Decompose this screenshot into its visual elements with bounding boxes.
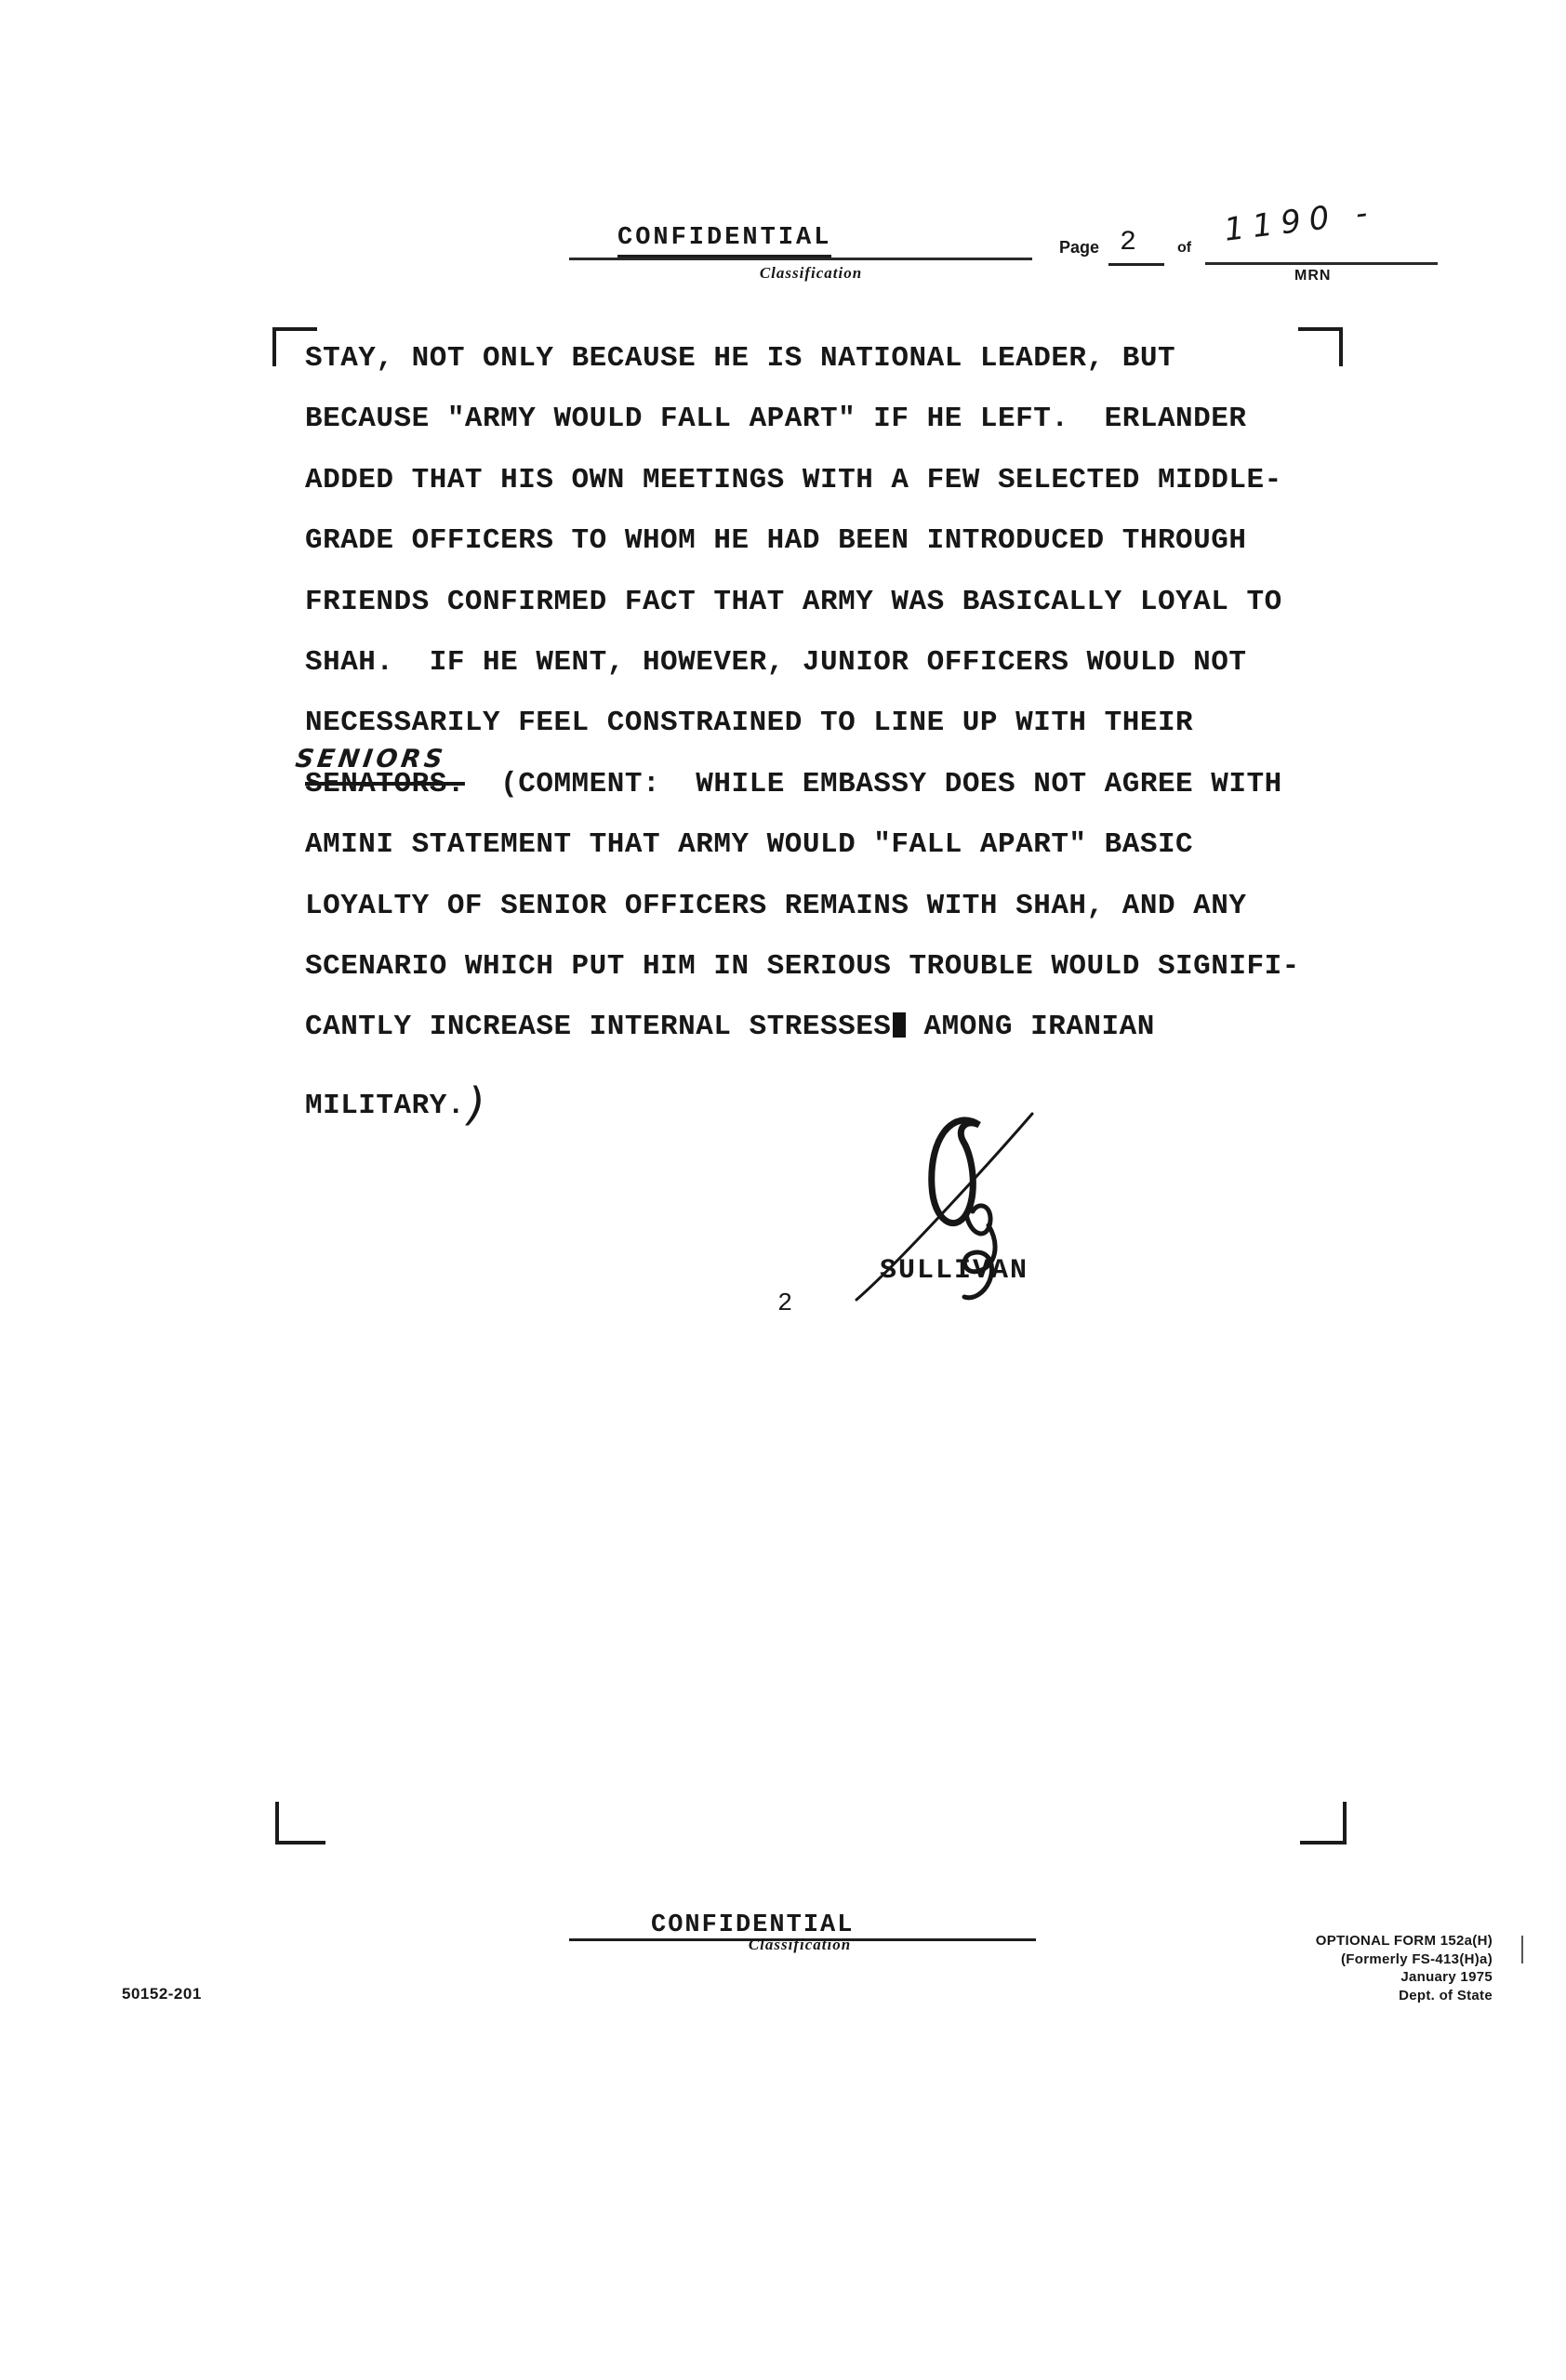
body-text-line: FRIENDS CONFIRMED FACT THAT ARMY WAS BAS… <box>305 586 1347 646</box>
body-text-line: GRADE OFFICERS TO WHOM HE HAD BEEN INTRO… <box>305 524 1347 585</box>
line-text: (COMMENT: WHILE EMBASSY DOES NOT AGREE W… <box>465 768 1282 800</box>
classification-underline-rule <box>569 258 1032 260</box>
form-line-date: January 1975 <box>1218 1968 1493 1987</box>
form-line-formerly: (Formerly FS-413(H)a) <box>1218 1950 1493 1969</box>
body-text-line: CANTLY INCREASE INTERNAL STRESSES AMONG … <box>305 1011 1347 1071</box>
body-text-line: MILITARY.) <box>305 1072 1347 1132</box>
mrn-label: MRN <box>1294 268 1331 284</box>
print-code: 50152-201 <box>122 1985 202 2003</box>
handwritten-correction: SENIORS <box>294 745 448 773</box>
line-text: GRADE OFFICERS TO WHOM HE HAD BEEN INTRO… <box>305 524 1246 557</box>
edge-tick-mark <box>1521 1936 1523 1963</box>
line-text: BECAUSE "ARMY WOULD FALL APART" IF HE LE… <box>305 403 1246 435</box>
line-text: SCENARIO WHICH PUT HIM IN SERIOUS TROUBL… <box>305 950 1300 983</box>
body-text-line: ADDED THAT HIS OWN MEETINGS WITH A FEW S… <box>305 464 1347 524</box>
handwritten-paren: ) <box>468 1078 485 1130</box>
line-text: SHAH. IF HE WENT, HOWEVER, JUNIOR OFFICE… <box>305 646 1246 679</box>
line-text: LOYALTY OF SENIOR OFFICERS REMAINS WITH … <box>305 890 1246 922</box>
line-text: AMINI STATEMENT THAT ARMY WOULD "FALL AP… <box>305 828 1193 861</box>
body-text-line: SCENARIO WHICH PUT HIM IN SERIOUS TROUBL… <box>305 950 1347 1011</box>
line-text: CANTLY INCREASE INTERNAL STRESSES <box>305 1011 891 1043</box>
page-number-underline <box>1108 263 1164 266</box>
body-text-line: SHAH. IF HE WENT, HOWEVER, JUNIOR OFFICE… <box>305 646 1347 707</box>
line-text: NECESSARILY FEEL CONSTRAINED TO LINE UP … <box>305 707 1193 739</box>
line-text: AMONG IRANIAN <box>906 1011 1154 1043</box>
form-id-block: OPTIONAL FORM 152a(H) (Formerly FS-413(H… <box>1218 1932 1493 2004</box>
page-label: Page <box>1059 238 1099 258</box>
classification-stamp-label: Classification <box>683 1936 916 1954</box>
classification-sublabel: Classification <box>690 264 932 283</box>
mrn-value-handwritten: 1190 - <box>1222 193 1377 249</box>
page-number-footer: 2 <box>777 1290 792 1318</box>
line-text: STAY, NOT ONLY BECAUSE HE IS NATIONAL LE… <box>305 342 1175 375</box>
mrn-underline-rule <box>1205 262 1438 265</box>
body-text-line: SENIORSSENATORS. (COMMENT: WHILE EMBASSY… <box>305 768 1347 828</box>
ink-blot <box>893 1012 906 1038</box>
of-label: of <box>1177 240 1191 257</box>
body-text-line: NECESSARILY FEEL CONSTRAINED TO LINE UP … <box>305 707 1347 767</box>
signature-name: SULLIVAN <box>880 1255 1029 1287</box>
line-text: MILITARY. <box>305 1090 465 1122</box>
scanned-telegram-page: CONFIDENTIAL Classification Page 2 of 11… <box>0 0 1566 2380</box>
crop-mark-bottom-left <box>275 1802 325 1844</box>
page-number: 2 <box>1120 227 1136 258</box>
body-text-line: AMINI STATEMENT THAT ARMY WOULD "FALL AP… <box>305 828 1347 889</box>
body-text-line: LOYALTY OF SENIOR OFFICERS REMAINS WITH … <box>305 890 1347 950</box>
line-text: FRIENDS CONFIRMED FACT THAT ARMY WAS BAS… <box>305 586 1282 618</box>
crop-mark-bottom-right <box>1300 1802 1347 1844</box>
form-line-dept: Dept. of State <box>1218 1987 1493 2005</box>
line-text: ADDED THAT HIS OWN MEETINGS WITH A FEW S… <box>305 464 1282 496</box>
form-line-title: OPTIONAL FORM 152a(H) <box>1218 1932 1493 1950</box>
classification-header: CONFIDENTIAL <box>617 224 831 258</box>
body-text-line: STAY, NOT ONLY BECAUSE HE IS NATIONAL LE… <box>305 342 1347 403</box>
body-text-line: BECAUSE "ARMY WOULD FALL APART" IF HE LE… <box>305 403 1347 463</box>
document-body-text: STAY, NOT ONLY BECAUSE HE IS NATIONAL LE… <box>305 342 1347 1132</box>
